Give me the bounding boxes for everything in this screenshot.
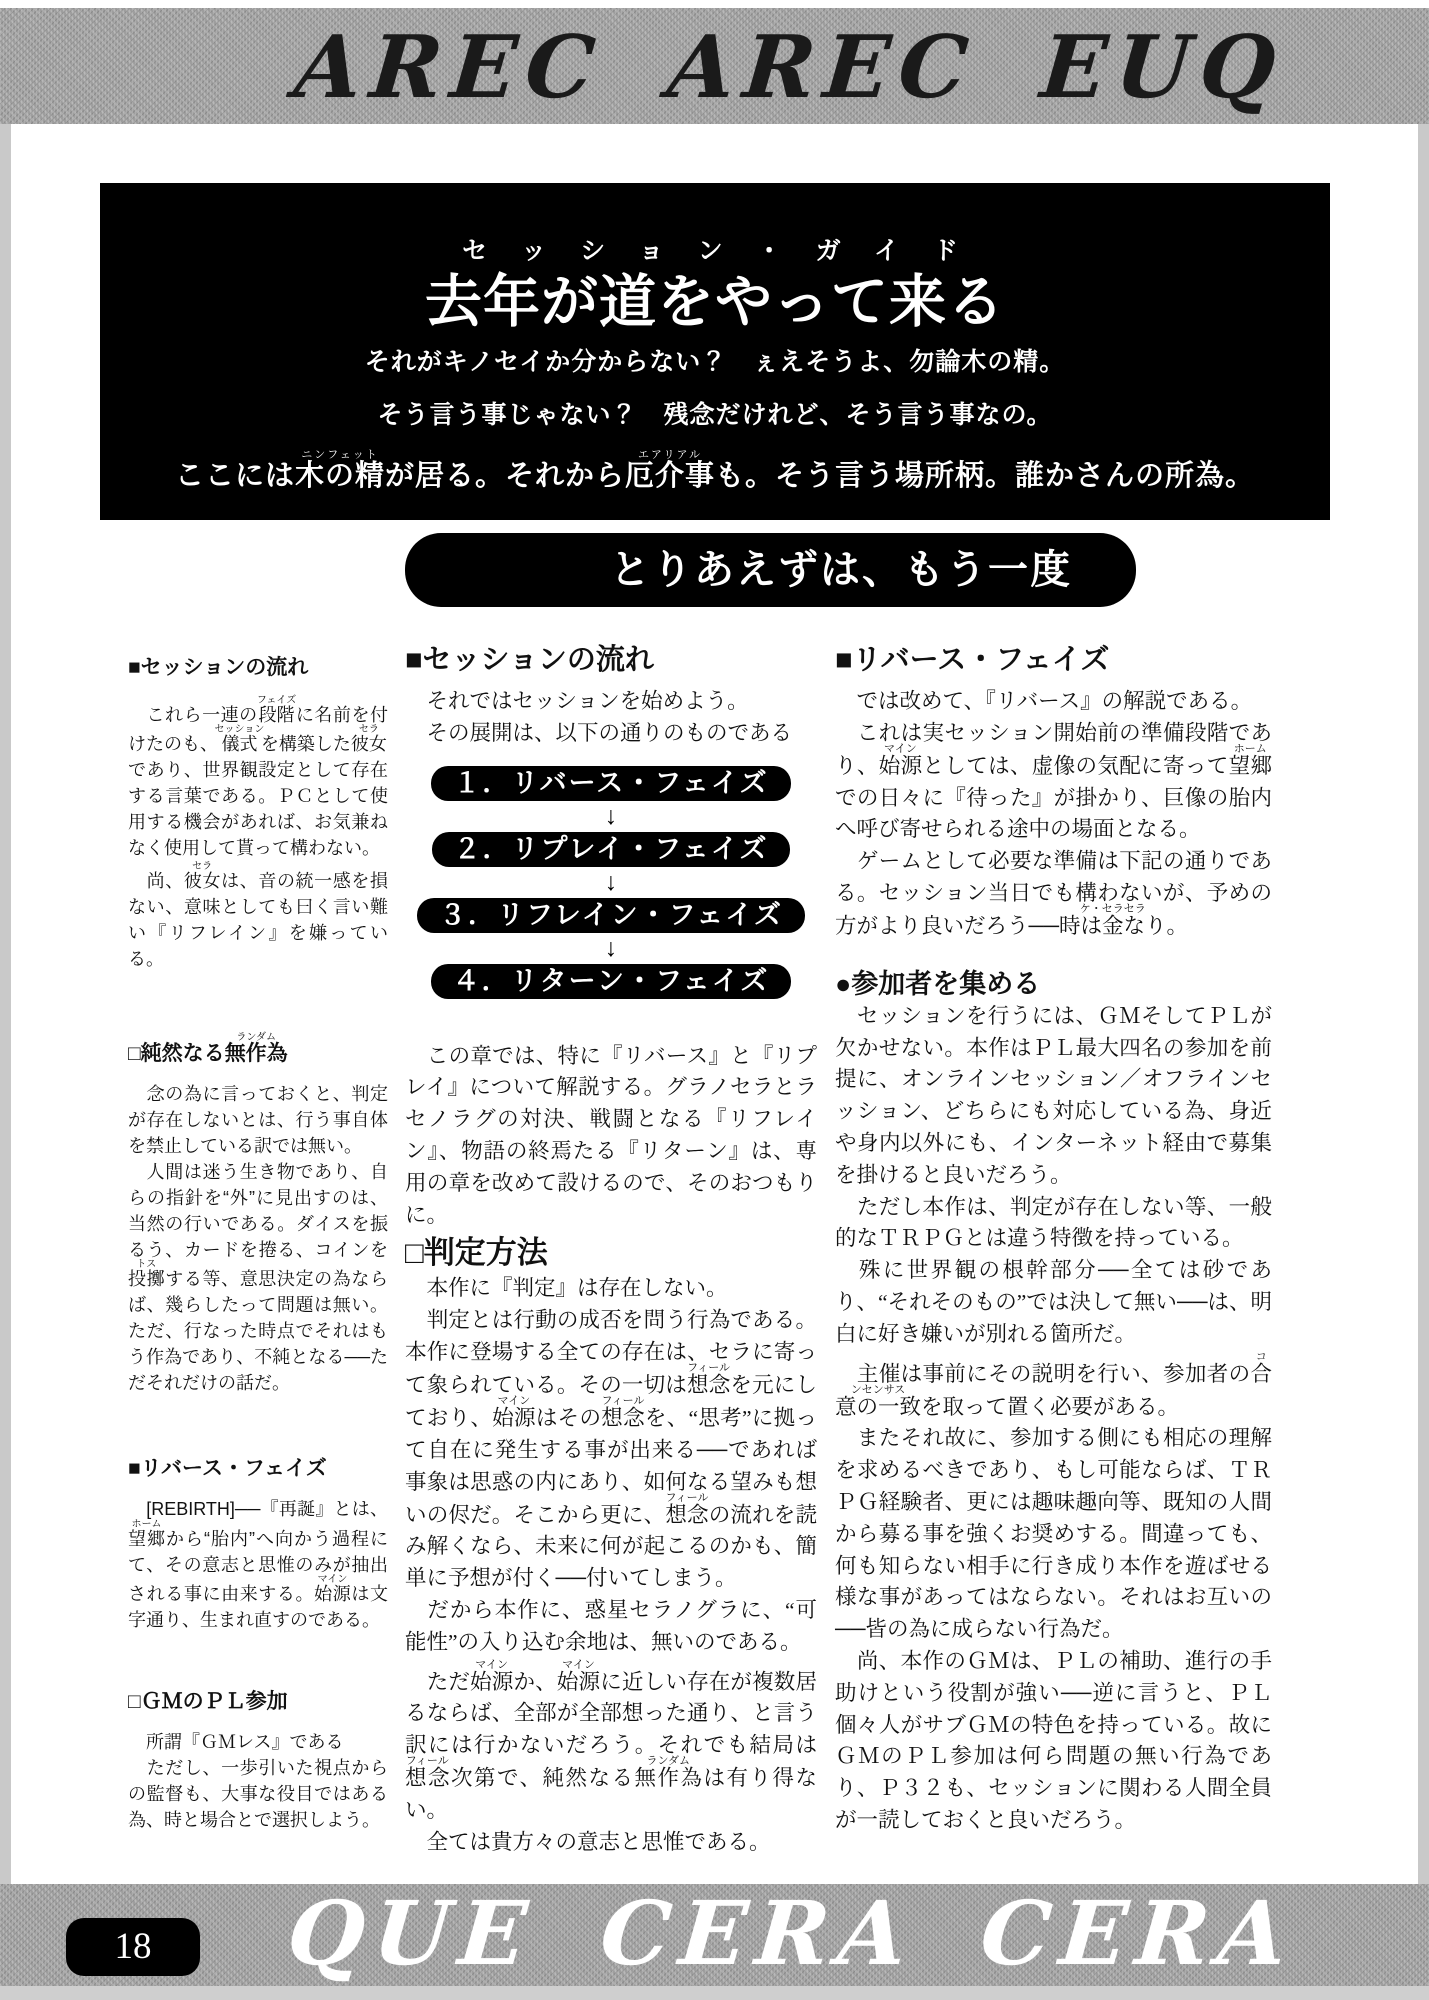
column-left: ■セッションの流れ これら一連の段階フェイズに名前を付けたのも、儀式セッションを… <box>128 653 388 1833</box>
section-body: セッションを行うには、ＧＭそしてＰＬが欠かせない。本作はＰＬ最大四名の参加を前提… <box>835 1001 1272 1837</box>
paragraph: またそれ故に、参加する側にも相応の理解を求めるべきであり、もし可能ならば、ＴＲＰ… <box>835 1423 1272 1646</box>
paragraph: 尚、本作のＧＭは、ＰＬの補助、進行の手助けという役割が強い──逆に言うと、ＰＬ個… <box>835 1646 1272 1837</box>
paragraph: 判定とは行動の成否を問う行為である。本作に登場する全ての存在は、セラに寄って象ら… <box>405 1305 817 1595</box>
heading-pure-random: □純然なる無作為ランダム <box>128 1032 388 1069</box>
down-arrow-icon: ↓ <box>405 933 817 964</box>
down-arrow-icon: ↓ <box>405 801 817 832</box>
paragraph: その展開は、以下の通りのものである <box>405 718 817 750</box>
paragraph: 殊に世界観の根幹部分──全ては砂であり、“それそのもの”では決して無い──は、明… <box>835 1255 1272 1350</box>
phase-pill: １．リバース・フェイズ <box>431 766 790 801</box>
paragraph: 本作に『判定』は存在しない。 <box>405 1273 817 1305</box>
page-title: 去年が道をやって来る <box>100 269 1330 335</box>
top-banner: AREC AREC EUQ <box>0 8 1429 124</box>
paragraph: 全ては貴方々の意志と思惟である。 <box>405 1827 817 1859</box>
down-arrow-icon: ↓ <box>405 867 817 898</box>
page-number-pill: 18 <box>66 1918 200 1976</box>
section-title-bar: とりあえずは、もう一度 <box>405 533 1136 607</box>
scan-edge-bottom <box>0 1986 1429 2000</box>
scanned-rulebook-page: AREC AREC EUQ セッション・ガイド 去年が道をやって来る それがキノ… <box>0 0 1429 2000</box>
paragraph: 所謂『ＧＭレス』である <box>128 1729 388 1755</box>
section-body: 所謂『ＧＭレス』である ただし、一歩引いた視点からの監督も、大事な役目ではある為… <box>128 1729 388 1833</box>
phase-flow-diagram: １．リバース・フェイズ↓２．リプレイ・フェイズ↓３．リフレイン・フェイズ↓４．リ… <box>405 766 817 999</box>
paragraph: それではセッションを始めよう。 <box>405 686 817 718</box>
header-ruby-title: セッション・ガイド <box>100 183 1330 265</box>
section-body: 念の為に言っておくと、判定が存在しないとは、行う事自体を禁止している訳では無い。… <box>128 1081 388 1396</box>
column-middle: ■セッションの流れ それではセッションを始めよう。 その展開は、以下の通りのもの… <box>405 642 817 1859</box>
paragraph: これは実セッション開始前の準備段階であり、始源マインとしては、虚像の気配に寄って… <box>835 718 1272 846</box>
scan-edge-left <box>0 124 11 1884</box>
scan-edge-right <box>1418 124 1429 1884</box>
paragraph: ゲームとして必要な準備は下記の通りである。セッション当日でも構わないが、予めの方… <box>835 846 1272 943</box>
phase-pill: ４．リターン・フェイズ <box>431 964 792 999</box>
heading-session-flow-main: ■セッションの流れ <box>405 642 817 678</box>
paragraph: 人間は迷う生き物であり、自らの指針を“外”に見出すのは、当然の行いである。ダイス… <box>128 1159 388 1396</box>
section-body: [REBIRTH]──『再誕』とは、望郷ホームから“胎内”へ向かう過程にて、その… <box>128 1496 388 1633</box>
phase-pill: ２．リプレイ・フェイズ <box>432 832 791 867</box>
paragraph: これら一連の段階フェイズに名前を付けたのも、儀式セッションを構築した彼女セラであ… <box>128 695 388 861</box>
section-session-flow-side: ■セッションの流れ これら一連の段階フェイズに名前を付けたのも、儀式セッションを… <box>128 653 388 972</box>
paragraph: 念の為に言っておくと、判定が存在しないとは、行う事自体を禁止している訳では無い。 <box>128 1081 388 1159</box>
paragraph: ただ始源マインか、始源マインに近しい存在が複数居るならば、全部が全部想った通り、… <box>405 1659 817 1827</box>
session-guide-header: セッション・ガイド 去年が道をやって来る それがキノセイか分からない？ ぇえそう… <box>100 183 1330 520</box>
section-body: 本作に『判定』は存在しない。 判定とは行動の成否を問う行為である。本作に登場する… <box>405 1273 817 1858</box>
heading-session-flow-side: ■セッションの流れ <box>128 653 388 683</box>
section-body: では改めて、『リバース』の解説である。 これは実セッション開始前の準備段階であり… <box>835 686 1272 943</box>
paragraph: だから本作に、惑星セラノグラに、“可能性”の入り込む余地は、無いのである。 <box>405 1595 817 1659</box>
section-body: この章では、特に『リバース』と『リプレイ』について解説する。グラノセラとラセノラ… <box>405 1041 817 1232</box>
section-rebirth-side: ■リバース・フェイズ [REBIRTH]──『再誕』とは、望郷ホームから“胎内”… <box>128 1454 388 1633</box>
header-tagline-1: それがキノセイか分からない？ ぇえそうよ、勿論木の精。 <box>100 345 1330 379</box>
paragraph: 主催は事前にその説明を行い、参加者の合意の一致コンセンサスを取って置く必要がある… <box>835 1351 1272 1424</box>
section-pure-random: □純然なる無作為ランダム 念の為に言っておくと、判定が存在しないとは、行う事自体… <box>128 1032 388 1396</box>
paragraph: [REBIRTH]──『再誕』とは、望郷ホームから“胎内”へ向かう過程にて、その… <box>128 1496 388 1633</box>
section-body: これら一連の段階フェイズに名前を付けたのも、儀式セッションを構築した彼女セラであ… <box>128 695 388 972</box>
section-rebirth-main: ■リバース・フェイズ では改めて、『リバース』の解説である。 これは実セッション… <box>835 642 1272 943</box>
page-number: 18 <box>66 1918 200 1976</box>
paragraph: セッションを行うには、ＧＭそしてＰＬが欠かせない。本作はＰＬ最大四名の参加を前提… <box>835 1001 1272 1192</box>
section-gather-players: ●参加者を集める セッションを行うには、ＧＭそしてＰＬが欠かせない。本作はＰＬ最… <box>835 967 1272 1837</box>
paragraph: 尚、彼女セラは、音の統一感を損ない、意味としても曰く言い難い『リフレイン』を嫌っ… <box>128 861 388 972</box>
top-banner-text: AREC AREC EUQ <box>290 8 1289 128</box>
section-session-flow-main: ■セッションの流れ それではセッションを始めよう。 その展開は、以下の通りのもの… <box>405 642 817 1231</box>
section-judgement: □判定方法 本作に『判定』は存在しない。 判定とは行動の成否を問う行為である。本… <box>405 1235 817 1858</box>
section-gm-as-pl: □ＧＭのＰＬ参加 所謂『ＧＭレス』である ただし、一歩引いた視点からの監督も、大… <box>128 1687 388 1833</box>
paragraph: では改めて、『リバース』の解説である。 <box>835 686 1272 718</box>
paragraph: ただし、一歩引いた視点からの監督も、大事な役目ではある為、時と場合とで選択しよう… <box>128 1755 388 1833</box>
bottom-banner-text: QUE CERA CERA <box>283 1878 1300 1988</box>
heading-rebirth-side: ■リバース・フェイズ <box>128 1454 388 1484</box>
bottom-banner: 18 QUE CERA CERA <box>0 1884 1429 1986</box>
header-tagline-2: そう言う事じゃない？ 残念だけれど、そう言う事なの。 <box>100 398 1330 432</box>
phase-pill: ３．リフレイン・フェイズ <box>417 898 805 933</box>
heading-rebirth-main: ■リバース・フェイズ <box>835 642 1272 678</box>
column-right: ■リバース・フェイズ では改めて、『リバース』の解説である。 これは実セッション… <box>835 642 1272 1837</box>
paragraph: ただし本作は、判定が存在しない等、一般的なＴＲＰＧとは違う特徴を持っている。 <box>835 1192 1272 1256</box>
header-tagline-3: ここには木の精ニンフェットが居る。それから厄介事エアリアルも。そう言う場所柄。誰… <box>100 449 1330 495</box>
heading-gm-as-pl: □ＧＭのＰＬ参加 <box>128 1687 388 1717</box>
section-title-bar-label: とりあえずは、もう一度 <box>405 533 1136 607</box>
paragraph: この章では、特に『リバース』と『リプレイ』について解説する。グラノセラとラセノラ… <box>405 1041 817 1232</box>
section-body: それではセッションを始めよう。 その展開は、以下の通りのものである <box>405 686 817 750</box>
heading-gather-players: ●参加者を集める <box>835 967 1272 1001</box>
heading-judgement: □判定方法 <box>405 1235 817 1271</box>
